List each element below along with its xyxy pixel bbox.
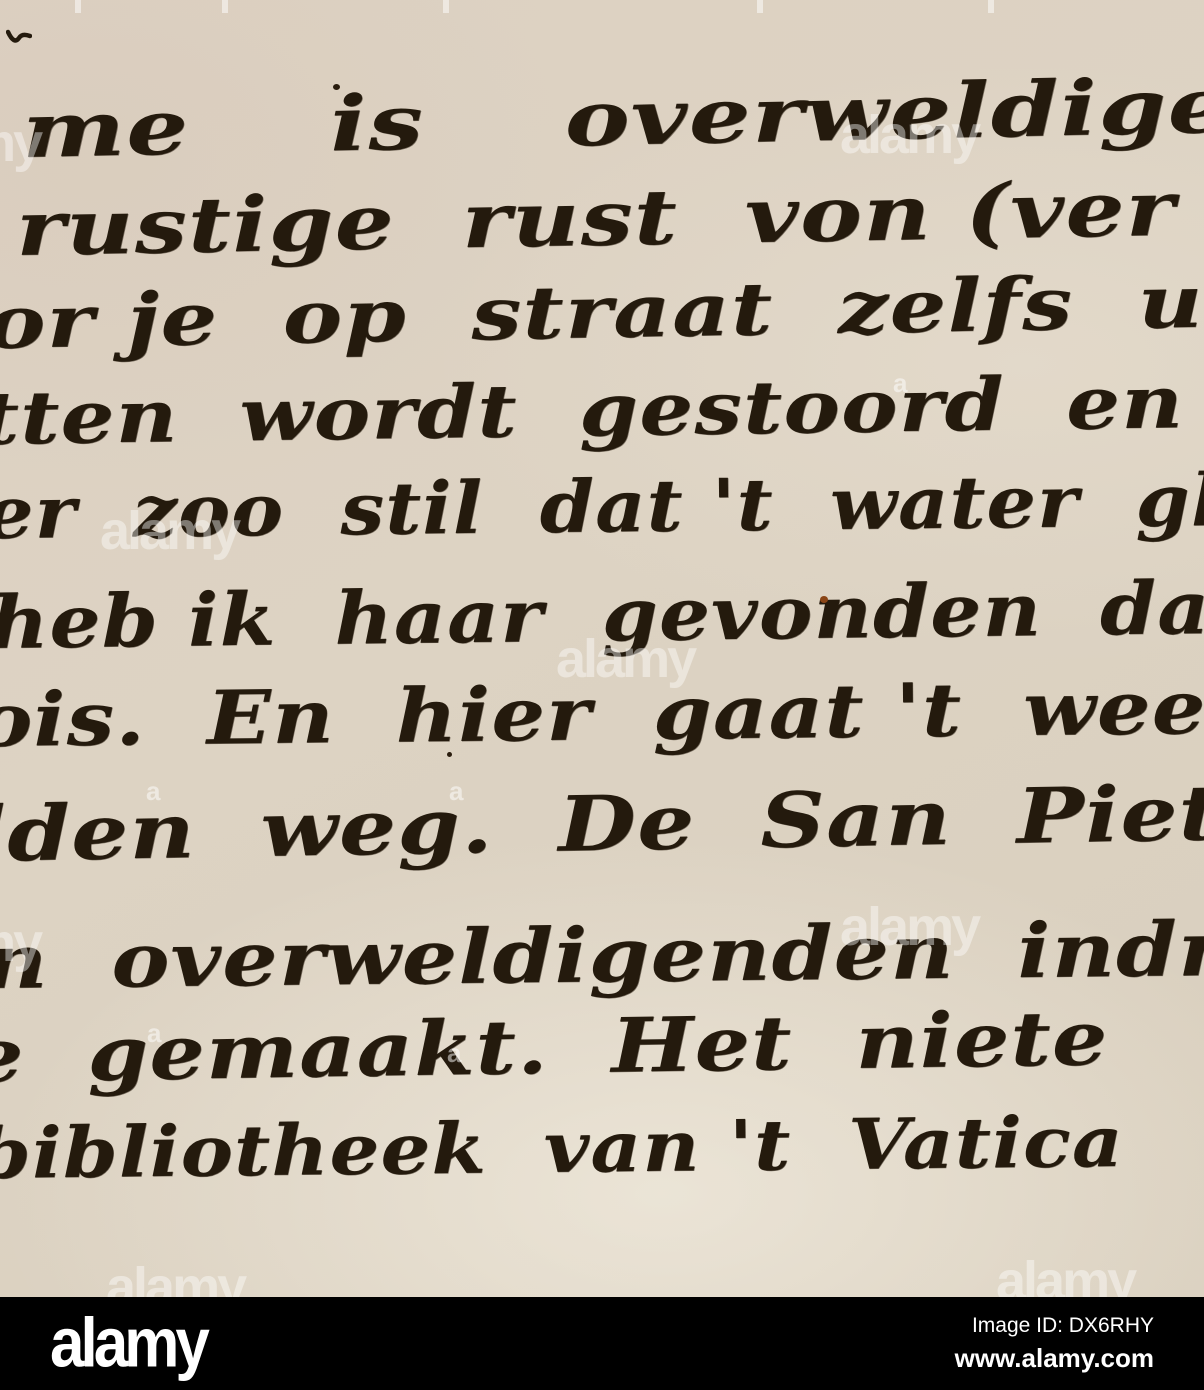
handwriting-line: tten wordt gestoord en [0, 359, 1184, 462]
watermark-dash [75, 0, 81, 13]
ink-speck [6, 28, 32, 48]
watermark-tick: a [147, 1018, 161, 1049]
handwriting-line: bibliotheek van 't Vatica [0, 1100, 1124, 1195]
watermark-dash [757, 0, 763, 13]
handwriting-line: lden weg. De San Pietro [0, 766, 1204, 879]
rust-speck [820, 596, 828, 603]
letter-paper: me is overweldigend rustige rust von (ve… [0, 0, 1204, 1297]
handwriting-line: or je op straat zelfs u [0, 259, 1204, 366]
handwriting-line: e gemaakt. Het niete [0, 994, 1109, 1100]
alamy-watermark: alamy [840, 104, 978, 166]
alamy-watermark: alamy [100, 500, 238, 562]
alamy-watermark: alamy [0, 912, 40, 974]
watermark-tick: a [893, 368, 907, 399]
handwriting-line: me is overweldigend [21, 58, 1204, 175]
watermark-tick: a [449, 776, 463, 807]
handwriting-line: rustige rust von (ver [15, 164, 1176, 273]
handwriting-line: n overweldigenden indru [0, 904, 1204, 1006]
ink-dot [447, 752, 452, 757]
stock-photo-frame: me is overweldigend rustige rust von (ve… [0, 0, 1204, 1390]
ink-dot [333, 84, 340, 90]
watermark-dash [222, 0, 228, 13]
ink-speck-glyph [6, 28, 32, 48]
watermark-dash [443, 0, 449, 13]
watermark-tick: a [447, 1038, 461, 1069]
alamy-watermark: alamy [106, 1256, 244, 1297]
footer-info: Image ID: DX6RHY www.alamy.com [955, 1313, 1154, 1375]
alamy-watermark: alamy [996, 1250, 1134, 1297]
alamy-footer-bar: alamy Image ID: DX6RHY www.alamy.com [0, 1297, 1204, 1390]
website-url: www.alamy.com [955, 1342, 1154, 1375]
alamy-logo: alamy [50, 1309, 206, 1378]
alamy-watermark: alamy [840, 896, 978, 958]
watermark-dash [988, 0, 994, 13]
watermark-tick: a [146, 776, 160, 807]
alamy-watermark: alamy [556, 628, 694, 690]
alamy-watermark: alamy [0, 112, 40, 174]
image-id-label: Image ID: DX6RHY [955, 1313, 1154, 1339]
